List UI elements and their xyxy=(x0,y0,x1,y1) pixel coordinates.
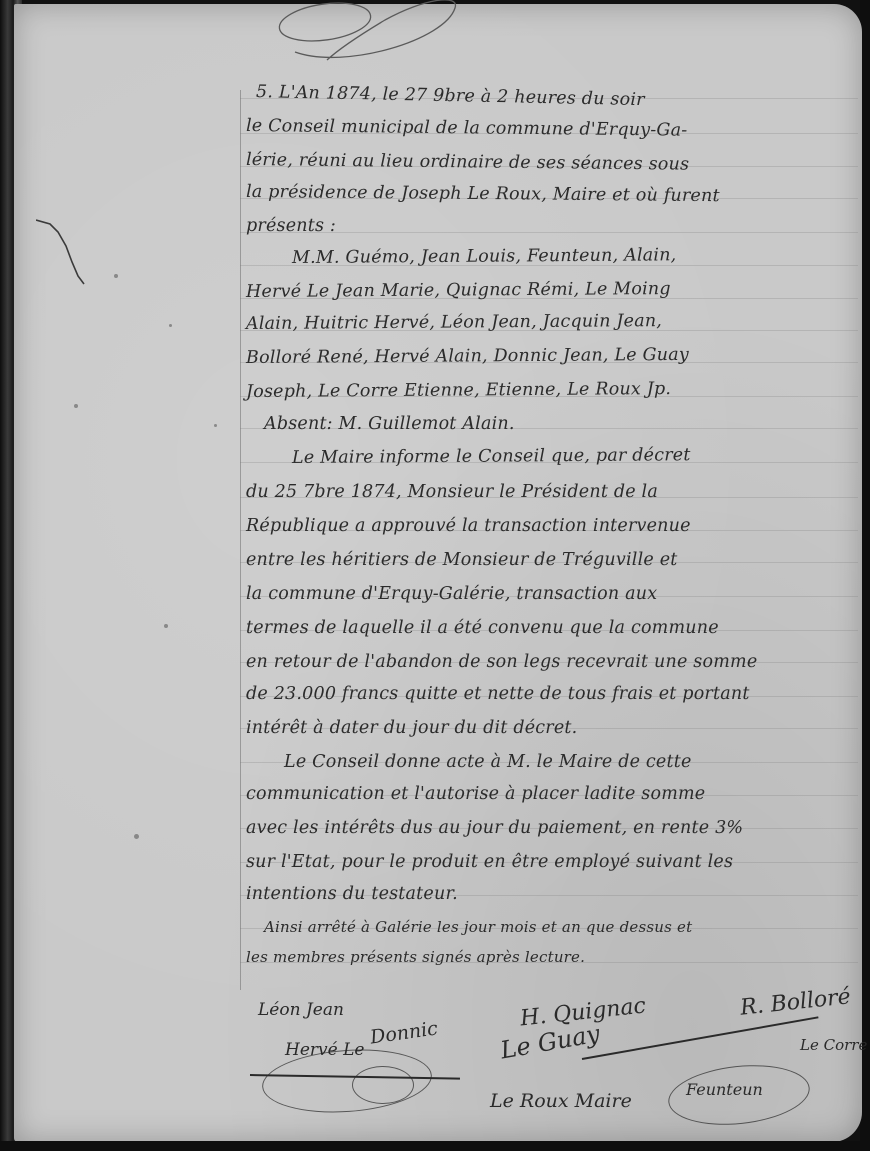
text-line: République a approuvé la transaction int… xyxy=(246,516,691,536)
text-line: Ainsi arrêté à Galérie les jour mois et … xyxy=(264,918,692,936)
paper-spot xyxy=(114,274,118,278)
page-bottom-edge xyxy=(0,1141,870,1151)
signature-leon-jean: Léon Jean xyxy=(258,1000,344,1020)
text-line: termes de laquelle il a été convenu que … xyxy=(246,618,719,638)
text-line: Alain, Huitric Hervé, Léon Jean, Jacquin… xyxy=(246,311,662,334)
text-line: du 25 7bre 1874, Monsieur le Président d… xyxy=(246,482,658,502)
text-line: Bolloré René, Hervé Alain, Donnic Jean, … xyxy=(246,345,689,368)
text-line: Hervé Le Jean Marie, Quignac Rémi, Le Mo… xyxy=(246,279,671,302)
paper-spot xyxy=(74,404,78,408)
text-line: Le Conseil donne acte à M. le Maire de c… xyxy=(284,752,692,772)
paper-spot xyxy=(164,624,168,628)
signature-flourish-oval xyxy=(352,1066,414,1104)
text-line: la commune d'Erquy-Galérie, transaction … xyxy=(246,584,657,604)
text-line: de 23.000 francs quitte et nette de tous… xyxy=(246,684,750,704)
text-line: les membres présents signés après lectur… xyxy=(246,948,585,966)
text-line: avec les intérêts dus au jour du paiemen… xyxy=(246,818,743,838)
text-line: communication et l'autorise à placer lad… xyxy=(246,784,705,804)
text-line: Joseph, Le Corre Etienne, Etienne, Le Ro… xyxy=(246,379,671,402)
text-line: Absent: M. Guillemot Alain. xyxy=(264,414,515,434)
signature-le-roux-maire: Le Roux Maire xyxy=(490,1090,632,1112)
paper-spot xyxy=(134,834,139,839)
paper-spot xyxy=(214,424,217,427)
paper-crack xyxy=(36,214,96,294)
text-line: la présidence de Joseph Le Roux, Maire e… xyxy=(246,182,720,206)
text-line: en retour de l'abandon de son legs recev… xyxy=(246,652,757,672)
text-line: sur l'Etat, pour le produit en être empl… xyxy=(246,852,733,872)
signature-le-corre: Le Corre xyxy=(800,1036,867,1054)
text-line: intérêt à dater du jour du dit décret. xyxy=(246,718,577,738)
text-line: Le Maire informe le Conseil que, par déc… xyxy=(292,445,691,468)
text-line: entre les héritiers de Monsieur de Trégu… xyxy=(246,550,677,570)
paper-spot xyxy=(169,324,172,327)
text-line: présents : xyxy=(246,216,336,236)
text-line: M.M. Guémo, Jean Louis, Feunteun, Alain, xyxy=(292,245,677,268)
text-line: intentions du testateur. xyxy=(246,884,458,904)
